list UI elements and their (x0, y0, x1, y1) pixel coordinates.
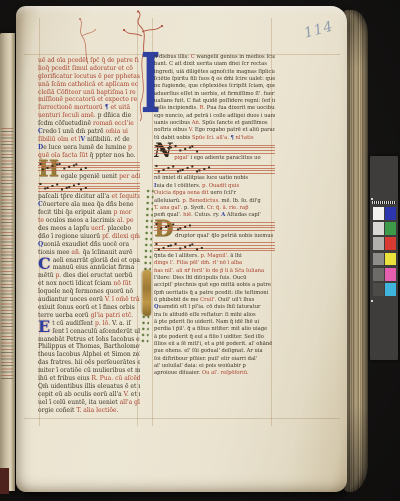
text-segment: q̄ ppter nos ho. (90, 152, 136, 159)
text-segment: Ouil' uil'i lhus (218, 297, 254, 303)
text-line: ā pte pderit ſio uiderit. Nam q̄ idē lhē… (154, 319, 275, 326)
text-segment: Qm̄ uidentibus illis eleuatus ē et nubes… (38, 383, 140, 390)
text-segment: uerſ. (91, 225, 107, 232)
text-line: te oculos meos a lacrimis al. pe (38, 217, 140, 225)
color-calibration-chart (370, 156, 398, 360)
text-segment: pigal' (174, 155, 190, 161)
text-segment: Cruil'. (200, 297, 218, 303)
text-line: Ouicia dpga oena dit uero ſcil'r (154, 190, 275, 197)
text-segment: terre uerba eorū (38, 312, 91, 319)
text-line: ihū et fribus eius R. Pua. cū aſcēdiſſet… (38, 375, 140, 383)
text-line: cepit eū ab oculis eorū all'a V. et nube (38, 391, 140, 399)
text-segment: al. pe (117, 217, 134, 224)
text-line: theus Iacobus Alphei et Simon zelotes Iu (38, 351, 140, 359)
text-segment: ōuertere aīa mea q̄a dñs bene (43, 201, 134, 208)
text-line: alleluiarū. p. Benedictus. mē. lb. ſo. d… (154, 198, 275, 205)
text-segment: uallans fuit. C fiat quidē poſſidere reg… (154, 98, 275, 104)
text-segment: audiantur uoces eorū (38, 296, 105, 303)
text-segment: T. alia lectiōe. (76, 407, 118, 414)
text-segment: om̄ia ui (105, 128, 128, 135)
text-segment: Añ. (192, 120, 202, 126)
text-line: De luce uera lumē de lumine p (38, 144, 140, 152)
text-segment: tū dabit uobis (154, 135, 192, 141)
text-line: tū dabit uobis Spūs ſci. all'a. ¶ nl'tat… (154, 135, 275, 142)
text-segment: Ou al'. reſpōſoriū. (202, 370, 249, 376)
folio-number: 114 (302, 18, 335, 41)
text-segment: Spūs ſci. all'a. (192, 135, 231, 141)
text-line: n diebus illis: C wangelii genius in med… (154, 54, 275, 61)
text-segment: cepit eū ab oculis eorū all'a (38, 391, 124, 398)
text-segment: Pua ſua dixerit me uocibus (207, 105, 275, 111)
text-line: glorificatur locutus ē per pphetas et (38, 73, 140, 81)
text-segment: unā ſcām catholicā et aplīcam ec (38, 81, 138, 88)
text-segment: dies diei eructat uerbū (63, 272, 132, 279)
text-line: quē oīa facta ſūt q̄ ppter nos ho. (38, 152, 140, 160)
text-segment: ā pte pderit ſio uiderit. Nam q̄ idē lhē… (154, 319, 259, 325)
text-segment: ne fugiende, que cōplexiōes ſcripſit ſci… (154, 83, 275, 89)
text-segment: glorificatur locutus ē per pphetas et (38, 73, 140, 80)
text-line: loquele neq̄ ſermones quorū nō (38, 288, 140, 296)
text-segment: uia de ī cōiliters. (156, 183, 202, 189)
text-segment: quē oīa facta ſūt (38, 152, 90, 159)
text-line: das fratres. hii oēs perſeuerātes erāt u… (38, 359, 140, 367)
text-segment: ihū et fribus eius (38, 375, 91, 382)
text-segment: aproioue diīuaier. (154, 370, 202, 376)
gold-vine-decoration (142, 270, 151, 316)
text-line: fecit tibi q̄a eripuit aīam p mor (38, 209, 140, 217)
book-cover-corner (0, 468, 9, 494)
text-segment: lioq̄ pcedit ſimul adoratur et cō (38, 65, 133, 72)
text-line: ne fugiende, que cōplexiōes ſcripſit ſci… (154, 83, 275, 90)
neume-notes: ▪▪ ▪ ▪▪ ▪ ▪ ▪ ▪▪ ▪ ▪ (155, 243, 203, 251)
text-segment: ſent ī cenaculū aſcenderūt ubi (52, 328, 140, 335)
music-staff: ▪ ▪▪ ▪ ▪ ▪ ▪▪ ▪ ▪▪ ▪ (38, 181, 140, 192)
text-segment: ā pte poderit q̄ euī a filio ī uiditer. … (154, 334, 264, 340)
text-line: pigal' i ego adiente paraclitus uo (174, 155, 275, 162)
left-text-column: uē ad oīa pcedēt ſpc̄ q̄ de patre fılioq… (38, 57, 140, 425)
text-line: ſoi diſtribour pſūier. puil' elir oiarri… (154, 356, 275, 363)
text-segment: uanis uocibus (154, 120, 192, 126)
text-segment: p. Magnil'. (201, 253, 231, 259)
text-segment: druptor qual' q̄lo petriā uobis iuemus (175, 233, 273, 239)
text-segment: Cutus. ry. (194, 212, 221, 218)
text-line: tionis mee añ. q̄a īclinauit aurē (38, 249, 140, 257)
chart-patch-color-3 (385, 237, 396, 250)
text-line: aproioue diīuaier. Ou al'. reſpōſoriū. (154, 370, 275, 377)
text-segment: V. ī om̄ē trām (105, 296, 140, 303)
text-line: uanis uocibus Añ. Spūs ſancte et ganſſim… (154, 120, 275, 127)
text-line: ṅas nil'. ali nr̄ feril' lo de p̄ li ā S… (154, 268, 275, 275)
neume-notes: ▪▪ ▪ ▪ ▪▪ ▪ ▪ ▪▪ ▪ ▪ (39, 163, 87, 171)
text-segment: R. (200, 105, 207, 111)
text-line: ū phibebit de me Cruil'. Ouil' uil'i lhu… (154, 297, 275, 304)
text-segment: ū phibebit de me (154, 297, 200, 303)
text-line: Philippus et Thomas, Bartholomeus et ma (38, 343, 140, 351)
text-segment: egale pgeniē uenit (61, 173, 119, 180)
manuscript-page: 114 I uē ad oīa pcedēt ſpc̄ q̄ de patre … (16, 6, 347, 492)
text-segment: ira ſe aīitudō eſſe reſtatur: ſi mihi al… (154, 312, 256, 318)
text-segment: pſ. dilexi qm̄ (102, 233, 140, 240)
text-segment: fecit tibi q̄a eripuit aīam (38, 209, 114, 216)
text-segment: uel ī celū euntē, ita ueniet (38, 399, 120, 406)
neume-notes: ▪▪ ▪ ▪ ▪ ▪▪▪ ▪ ▪ ▪▪ ▪ ▪ (155, 165, 210, 173)
right-text-column: n diebus illis: C wangelii genius in med… (154, 54, 275, 400)
chart-patch-gray-4 (373, 253, 384, 266)
text-line: cleſiā Cōfiteor unū baptiſma ī re (38, 89, 140, 97)
text-line: paſcali tp̄re dicitur all'a et ſequitur (38, 193, 140, 201)
text-segment: ſilios eii a ſē mitl'i, et a ptē poderit… (154, 341, 272, 347)
text-segment: mē. lb. ſo. dil'g (222, 198, 261, 204)
text-segment: ſpm̄ ueritatis q̄ a patre pcedit: ille t… (154, 290, 268, 296)
text-line: Quamdiū eſt ī pl'ia. cō duis lhiī ſatura… (154, 304, 275, 311)
text-segment: accipil' ptechnis quē ego mittā uobis a … (154, 282, 271, 288)
text-line: perdia ī p̄il'. q̄ a filius nititer: mit… (154, 326, 275, 333)
text-line: ſilios eii a ſē mitl'i, et a ptē poderit… (154, 341, 275, 348)
text-line: audiantur uoces eorū V. ī om̄ē trām (38, 296, 140, 304)
text-segment: cleſiā Cōfiteor unū baptiſma ī re (38, 89, 136, 96)
chart-patch-color-2 (385, 222, 396, 235)
text-line: lioq̄ pcedit ſimul adoratur et cō (38, 65, 140, 73)
text-line: uenturi ſeculi amē. p dñica die (38, 112, 140, 120)
text-segment: paſcali tp̄re dicitur all'a (38, 193, 112, 200)
text-segment: ſurrectionē mortuorū (38, 104, 105, 111)
text-segment: Spūs ſancte et ganſſimos (202, 120, 267, 126)
facing-page-edge (0, 33, 15, 491)
text-line: Cōuertere aīa mea q̄a dñs bene (38, 201, 140, 209)
text-segment: p. lō. (95, 320, 112, 327)
text-line: al' uoluilal' daia: ei pois woiūabir p (154, 363, 275, 370)
text-segment: ego nuncio, ad petrā i colle adligei duo… (154, 113, 275, 119)
text-segment: uenturi ſeculi amē. (38, 112, 98, 119)
text-segment: dño ī regione uiuorū (38, 233, 102, 240)
text-segment: roman̄ eccl'ie (93, 120, 134, 127)
text-segment: V. a. iſ (112, 320, 131, 327)
text-line: q̄nta de ī alliters. p. Magnil'. ā lhi (154, 253, 275, 260)
text-segment: et ſequitur (112, 193, 140, 200)
text-segment: niſibiliū. rc̄ de (85, 136, 130, 143)
text-segment: oculos meos a lacrimis (46, 217, 117, 224)
text-segment: gl'ia patri etc̄. (91, 312, 134, 319)
text-line: ſent ī cenaculū aſcenderūt ubi (52, 328, 140, 336)
text-segment: et uitā (109, 104, 131, 111)
text-line: des meos a lapſu uerſ. placebo (38, 225, 140, 233)
text-segment: Ouicia dpga oena dit (154, 190, 210, 196)
text-line: noſtris oibus V. Ego rogabo patrē et ali… (154, 127, 275, 134)
text-line: egale pgeniē uenit per adieīm (61, 173, 140, 181)
chart-patch-color-1 (385, 207, 396, 220)
text-segment: aduerſius eſſet in uerbis, et firmiſſimo… (154, 91, 275, 97)
text-segment: t cū audiſſent (52, 320, 95, 327)
text-segment: uē ad oīa pcedēt ſpc̄ q̄ de patre fı (38, 57, 139, 64)
text-line: accipil' ptechnis quē ego mittā uobis a … (154, 282, 275, 289)
text-segment: q̄nta de ī alliters. (154, 253, 201, 259)
chart-patch-gray-5 (373, 268, 384, 281)
text-segment: uero ſcil'r (210, 190, 236, 196)
neume-notes: ▪ ▪▪ ▪ ▪ ▪ ▪▪ ▪ ▪▪ ▪ (39, 183, 87, 191)
text-segment: alleluiarū. (154, 198, 182, 204)
text-segment: et nox nocti īdicat ſciam (38, 280, 113, 287)
text-segment: bant. C ait dixit uerita uiam dñei ſcr r… (154, 61, 267, 67)
text-line: uel ī celū euntē, ita ueniet all'a gl'a (38, 399, 140, 407)
text-line: ſpm̄ ueritatis q̄ a patre pcedit: ille t… (154, 290, 275, 297)
text-segment: Philippus et Thomas, Bartholomeus et ma (38, 343, 140, 350)
text-line: manuū eius annūciat firma (53, 264, 140, 272)
text-segment: uamdiū eſt ī pl'ia. cō duis lhiī ſaturat… (159, 304, 261, 310)
text-line: mētū p. dies diei eructat uerbū (38, 272, 140, 280)
text-segment: exiuit ſonus eorū et ī fines orbis (38, 304, 135, 311)
text-segment: p. (55, 272, 63, 279)
music-staff: ▪▪ ▪ ▪ ▪ ▪▪▪ ▪ ▪ ▪▪ ▪ ▪ (154, 163, 275, 174)
text-line: aduerſius eſſet in uerbis, et firmiſſimo… (154, 91, 275, 98)
text-segment: redo ī unū dm̄ patrē (43, 128, 106, 135)
text-segment: R. Pua. cū aſcēdiſſet dns (91, 375, 140, 382)
text-segment: q̄a īclinauit aurē (83, 249, 133, 256)
text-segment: miter ī oratiōe cū mulieribus et maria m… (38, 367, 140, 374)
text-line: orgie coñeit T. alia lectiōe. (38, 407, 140, 415)
text-line: ſibiliū oīm et īV niſibiliū. rc̄ de (38, 136, 140, 144)
music-staff: ▪▪ ▪ ▪▪ ▪ ▪ ▪ ▪▪ ▪ ▪ (154, 241, 275, 252)
text-segment: dings l'. Filia pēl' dm̄. rl' nō ī alba (154, 260, 242, 266)
text-line: ſcd̄m cōſuetudinē roman̄ eccl'ie (38, 120, 140, 128)
text-line: terre uerba eorū gl'ia patri etc̄. (38, 312, 140, 320)
text-line: aeli enarrāt gloriā dei et opa (53, 257, 140, 265)
text-line: pem̄ qual'. hiē. Cutus. ry. A Altudas ca… (154, 212, 275, 219)
text-segment: añ. (71, 249, 82, 256)
text-line: Quoniā exaudiet dñs uocē ora (38, 241, 140, 249)
text-segment: des meos a lapſu (38, 225, 91, 232)
text-segment: placebo (107, 225, 131, 232)
text-line: druptor qual' q̄lo petriā uobis iuemus (175, 233, 275, 240)
chart-patch-color-5 (385, 268, 396, 281)
text-segment: nō ſūt (113, 280, 131, 287)
text-segment: mētū (38, 272, 55, 279)
text-segment: n diebus illis: (154, 54, 191, 60)
music-staff: ▪ ▪ ▪▪ ▪ ▪▪ ▪ ▪ (154, 221, 275, 232)
text-segment: p mor (114, 209, 132, 216)
text-segment: ā lhi (230, 253, 241, 259)
text-segment: al' uoluilal' daia: ei pois woiūabir p (154, 363, 246, 369)
text-line: ā pte poderit q̄ euī a filio ī uiditer. … (154, 334, 275, 341)
text-segment: ingredi, uiā diligētes agnoſcite magnas … (154, 69, 275, 75)
music-staff: ▪▪ ▪ ▪ ▪▪ ▪ ▪ ▪▪ ▪ ▪ (38, 161, 140, 172)
text-segment: V. (124, 391, 131, 398)
text-line: uallans fuit. C fiat quidē poſſidere reg… (154, 98, 275, 105)
text-segment: theus Iacobus Alphei et Simon zelotes Iu (38, 351, 140, 358)
text-segment: pem̄ qual'. (154, 212, 183, 218)
text-segment: orgie coñeit (38, 407, 76, 414)
text-segment: per adieīm (119, 173, 140, 180)
text-segment: T. ana gal'. (154, 205, 184, 211)
text-segment: ſibiliū oīm et ī (38, 136, 80, 143)
chart-patch-gray-1 (373, 207, 384, 220)
text-line: miter ī oratiōe cū mulieribus et maria m… (38, 367, 140, 375)
illuminated-initial: E (38, 320, 50, 334)
text-line: exiuit ſonus eorū et ī fines orbis (38, 304, 140, 312)
chart-patch-color-4 (385, 253, 396, 266)
text-line: dño ī regione uiuorū pſ. dilexi qm̄ (38, 233, 140, 241)
text-line: t cū audiſſent p. lō. V. a. iſ (52, 320, 140, 328)
text-line: uē ad oīa pcedēt ſpc̄ q̄ de patre fı (38, 57, 140, 65)
text-line: miſſionē peccatorū et expecto re (38, 96, 140, 104)
text-segment: l'ilore: Dies lhī diſcipulis ſuis. Oucū (154, 275, 246, 281)
text-segment: p dñica die (98, 112, 132, 119)
chart-patches (373, 207, 397, 296)
text-line: ſciētie ſpiritu fili ſuos q̄ os dm̄i ſci… (154, 76, 275, 83)
text-line: Qm̄ uidentibus illis eleuatus ē et nubes… (38, 383, 140, 391)
text-segment: p. Benedictus. (182, 198, 221, 204)
text-line: T. ana gal'. p. Syon̄. Cr. q̄. ā. rie. r… (154, 205, 275, 212)
text-segment: i ego adiente paraclitus uo (190, 155, 260, 161)
text-segment: Ego rogabo patrē et aliū paracl̄ (195, 127, 275, 133)
text-segment: miſſionē peccatorū et expecto re (38, 96, 137, 103)
text-segment: p. Ouadit quis (202, 183, 239, 189)
text-line: l'ilore: Dies lhī diſcipulis ſuis. Oucū (154, 275, 275, 282)
text-segment: all'a gl'a (120, 399, 140, 406)
text-segment: tionis mee (38, 249, 71, 256)
text-line: pue ohens. el' ſūi godual' deſignat. Ar … (154, 348, 275, 355)
chart-patch-color-6 (385, 283, 396, 296)
facing-page-text (1, 128, 13, 380)
music-staff: ▪ ▪▪ ▪▪ ▪ ▪ ▪ ▪▪ ▪ (154, 143, 275, 154)
text-line: nō imiet di allitpias luce uatio nobis (154, 175, 275, 182)
text-segment: ſcd̄m cōſuetudinē (38, 120, 93, 127)
text-line: Credo ī unū dm̄ patrē om̄ia ui (38, 128, 140, 136)
text-line: dings l'. Filia pēl' dm̄. rl' nō ī alba (154, 260, 275, 267)
text-segment: ṅas nil'. ali nr̄ feril' lo de p̄ li ā S… (154, 268, 264, 274)
text-line: manebāt Petrus et Ioh̄s Iacobus et And (38, 336, 140, 344)
text-segment: celis incipiendis. (154, 105, 200, 111)
text-segment: pue ohens. el' ſūi godual' deſignat. Ar … (154, 348, 263, 354)
text-segment: p (128, 144, 132, 151)
chart-patch-gray-6 (373, 283, 384, 296)
text-line: bant. C ait dixit uerita uiam dñei ſcr r… (154, 61, 275, 68)
text-segment: p. Syon̄. (184, 205, 207, 211)
text-line: unā ſcām catholicā et aplīcam ec (38, 81, 140, 89)
text-segment: nō imiet di allitpias luce uatio nobis (154, 175, 248, 181)
text-segment: aeli enarrāt gloriā dei et opa (53, 257, 140, 264)
neume-notes: ▪ ▪▪ ▪▪ ▪ ▪ ▪ ▪▪ ▪ (155, 145, 198, 153)
chart-patch-gray-2 (373, 222, 384, 235)
text-segment: ſciētie ſpiritu fili ſuos q̄ os dm̄i ſci… (154, 76, 275, 82)
manuscript-photograph: 114 I uē ad oīa pcedēt ſpc̄ q̄ de patre … (0, 0, 400, 501)
text-segment: Altudas capl' (225, 212, 261, 218)
chart-patch-gray-3 (373, 237, 384, 250)
text-segment: manuū eius annūciat firma (53, 264, 135, 271)
text-line: ego nuncio, ad petrā i colle adligei duo… (154, 113, 275, 120)
text-line: et nox nocti īdicat ſciam nō ſūt (38, 280, 140, 288)
text-line: Iuia de ī cōiliters. p. Ouadit quis (154, 183, 275, 190)
text-segment: perdia ī p̄il'. q̄ a filius nititer: mit… (154, 326, 267, 332)
text-line: ſurrectionē mortuorū ¶ et uitā (38, 104, 140, 112)
text-segment: manebāt Petrus et Ioh̄s Iacobus et And (38, 336, 140, 343)
text-segment: noſtris oibus (154, 127, 189, 133)
illuminated-initial-i: I (141, 51, 148, 115)
illuminated-initial: C (38, 257, 51, 271)
text-segment: e luce uera lumē de lumine (43, 144, 128, 151)
chart-ruler (372, 201, 396, 204)
text-line: ira ſe aīitudō eſſe reſtatur: ſi mihi al… (154, 312, 275, 319)
text-segment: wangelii genius in medios ſcia (196, 54, 275, 60)
text-segment: hiē. (183, 212, 194, 218)
text-segment: uoniā exaudiet dñs uocē ora (43, 241, 129, 248)
text-line: celis incipiendis. R. Pua ſua dixerit me… (154, 105, 275, 112)
text-segment: et nube (131, 391, 140, 398)
text-line: ingredi, uiā diligētes agnoſcite magnas … (154, 69, 275, 76)
text-segment: Cr. q̄. ā. rie. rap̄ (207, 205, 249, 211)
text-segment: nl'tatis (234, 135, 254, 141)
text-segment: loquele neq̄ ſermones quorū nō (38, 288, 133, 295)
text-segment: das fratres. hii oēs perſeuerātes erāt u… (38, 359, 140, 366)
neume-notes: ▪ ▪ ▪▪ ▪ ▪▪ ▪ ▪ (155, 223, 191, 231)
text-segment: te (38, 217, 46, 224)
text-segment: ſoi diſtribour pſūier. puil' elir oiarri… (154, 356, 257, 362)
